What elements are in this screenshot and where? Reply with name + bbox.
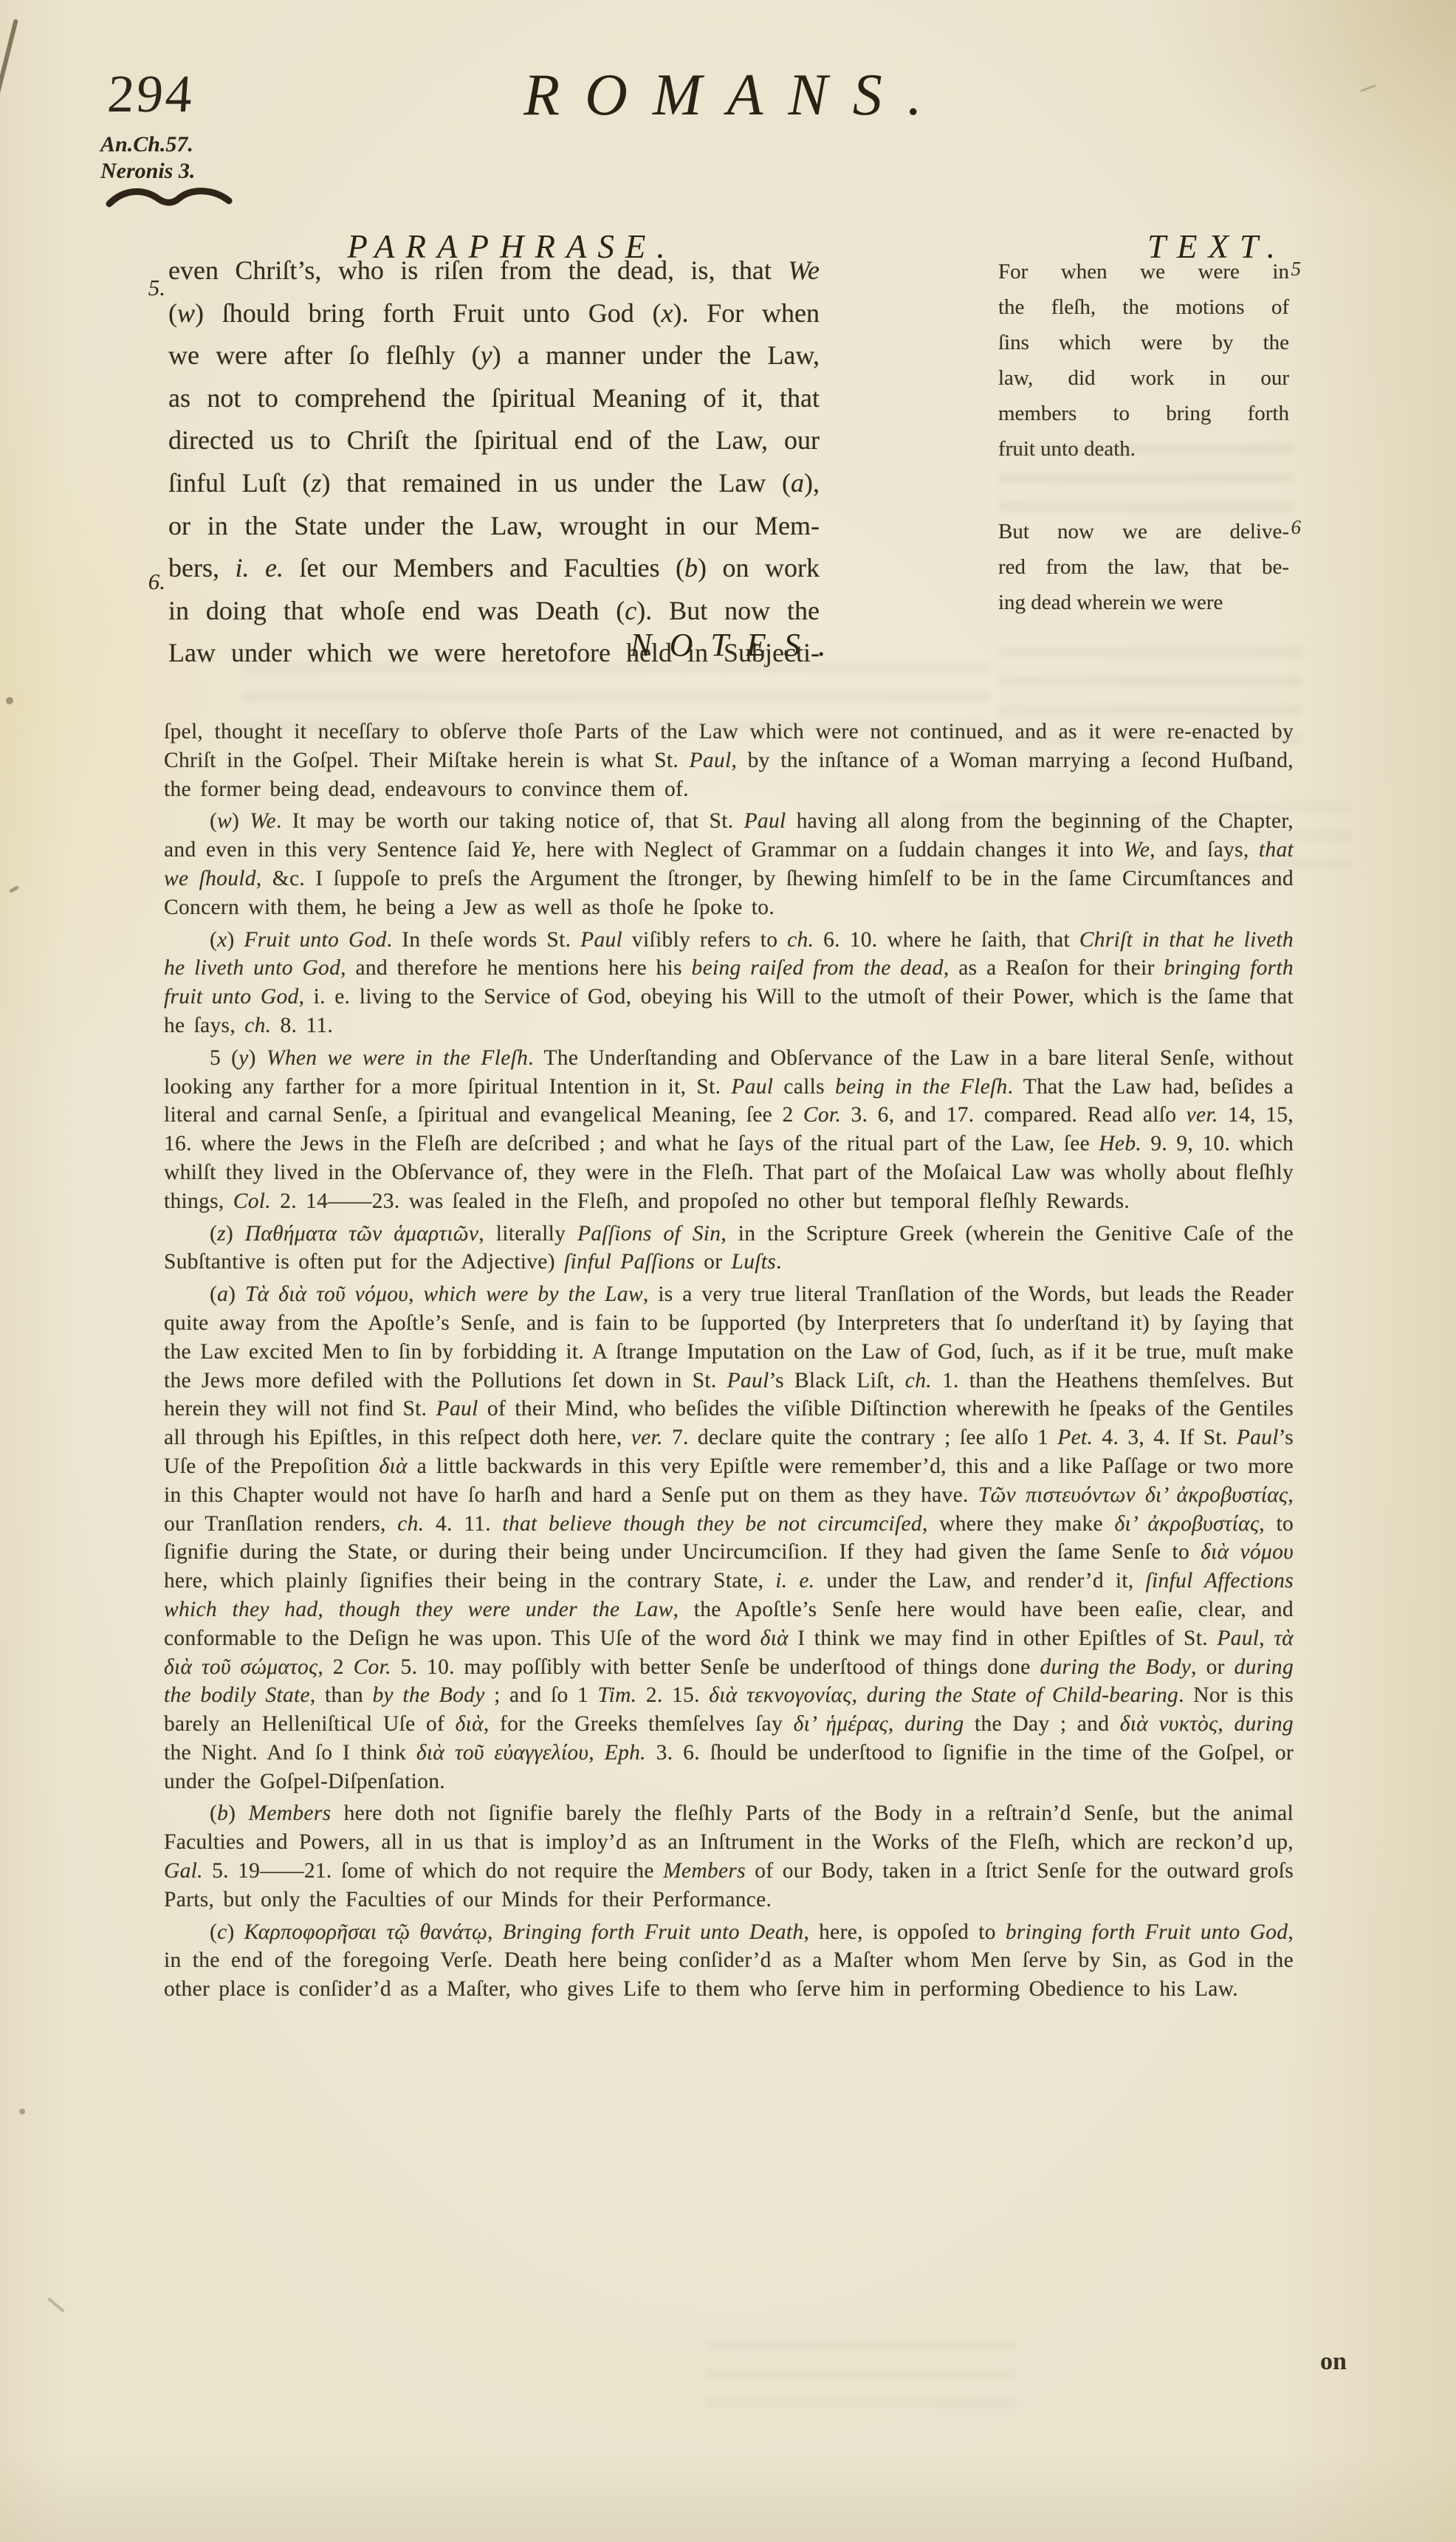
notes-paragraph: (c) Καρποφορῆσαι τῷ θανάτῳ, Bringing for… xyxy=(164,1918,1294,2004)
paper-speck xyxy=(9,885,20,893)
text-line: law, did work in our xyxy=(998,360,1289,396)
paper-speck xyxy=(47,2297,65,2312)
margin-note-date: An.Ch.57. Neronis 3. xyxy=(100,131,195,185)
paraphrase-line: even Chriſt’s, who is riſen from the dea… xyxy=(168,250,820,292)
margin-verse-number-6: 6. xyxy=(124,568,165,595)
bleed-through-shade xyxy=(938,789,1351,870)
paraphrase-line: directed us to Chriſt the ſpiritual end … xyxy=(168,419,820,462)
notes-paragraph: (a) Τὰ διὰ τοῦ νόμου, which were by the … xyxy=(164,1280,1294,1796)
running-title: ROMANS. xyxy=(0,62,1456,129)
margin-verse-number-5: 5. xyxy=(124,275,165,301)
paraphrase-line: or in the State under the Law, wrought i… xyxy=(168,505,820,548)
paraphrase-line: ſinful Luſt (z) that remained in us unde… xyxy=(168,462,820,505)
scanned-book-page: { "page": { "number": "294", "running_ti… xyxy=(0,0,1456,2542)
catchword: on xyxy=(1320,2348,1347,2376)
notes-paragraph: (x) Fruit unto God. In theſe words St. P… xyxy=(164,926,1294,1040)
bleed-through-shade xyxy=(998,629,1301,744)
bleed-through-shade xyxy=(998,442,1294,512)
paraphrase-line: as not to comprehend the ſpiritual Meani… xyxy=(168,377,820,420)
flourish-ornament xyxy=(105,185,235,218)
bleed-through-shade xyxy=(244,650,989,731)
text-line: But now we are delive- xyxy=(998,514,1289,549)
bleed-through-shade xyxy=(706,2326,1016,2408)
text-line: ſins which were by the xyxy=(998,325,1289,360)
text-line: members to bring forth xyxy=(998,396,1289,431)
text-verse-5: 5 For when we were inthe fleſh, the moti… xyxy=(998,254,1289,467)
verse-number-6: 6 xyxy=(1291,516,1302,539)
text-line: red from the law, that be- xyxy=(998,549,1289,585)
margin-note-line1: An.Ch.57. xyxy=(100,131,195,158)
text-verse-6: 6 But now we are delive-red from the law… xyxy=(998,514,1289,620)
text-line: ing dead wherein we were xyxy=(998,585,1289,620)
verse-number-5: 5 xyxy=(1291,258,1302,281)
notes-paragraph: 5 (y) When we were in the Fleſh. The Und… xyxy=(164,1044,1294,1216)
paraphrase-line: bers, i. e. ſet our Members and Facultie… xyxy=(168,547,820,590)
text-line: For when we were in xyxy=(998,254,1289,289)
text-column: 5 For when we were inthe fleſh, the moti… xyxy=(998,254,1289,620)
text-line: the fleſh, the motions of xyxy=(998,289,1289,325)
notes-paragraph: (b) Members here doth not ſignifie barel… xyxy=(164,1799,1294,1914)
paraphrase-line: (w) ſhould bring forth Fruit unto God (x… xyxy=(168,292,820,335)
notes-body: ſpel, thought it neceſſary to obſerve th… xyxy=(164,718,1294,2004)
paraphrase-line: we were after ſo fleſhly (y) a manner un… xyxy=(168,334,820,377)
margin-note-line2: Neronis 3. xyxy=(100,158,195,185)
notes-paragraph: (z) Παθήματα τῶν ἁμαρτιῶν, literally Paſ… xyxy=(164,1220,1294,1277)
paper-speck xyxy=(6,697,13,704)
paper-speck xyxy=(19,2109,25,2115)
paraphrase-body: even Chriſt’s, who is riſen from the dea… xyxy=(168,250,820,675)
